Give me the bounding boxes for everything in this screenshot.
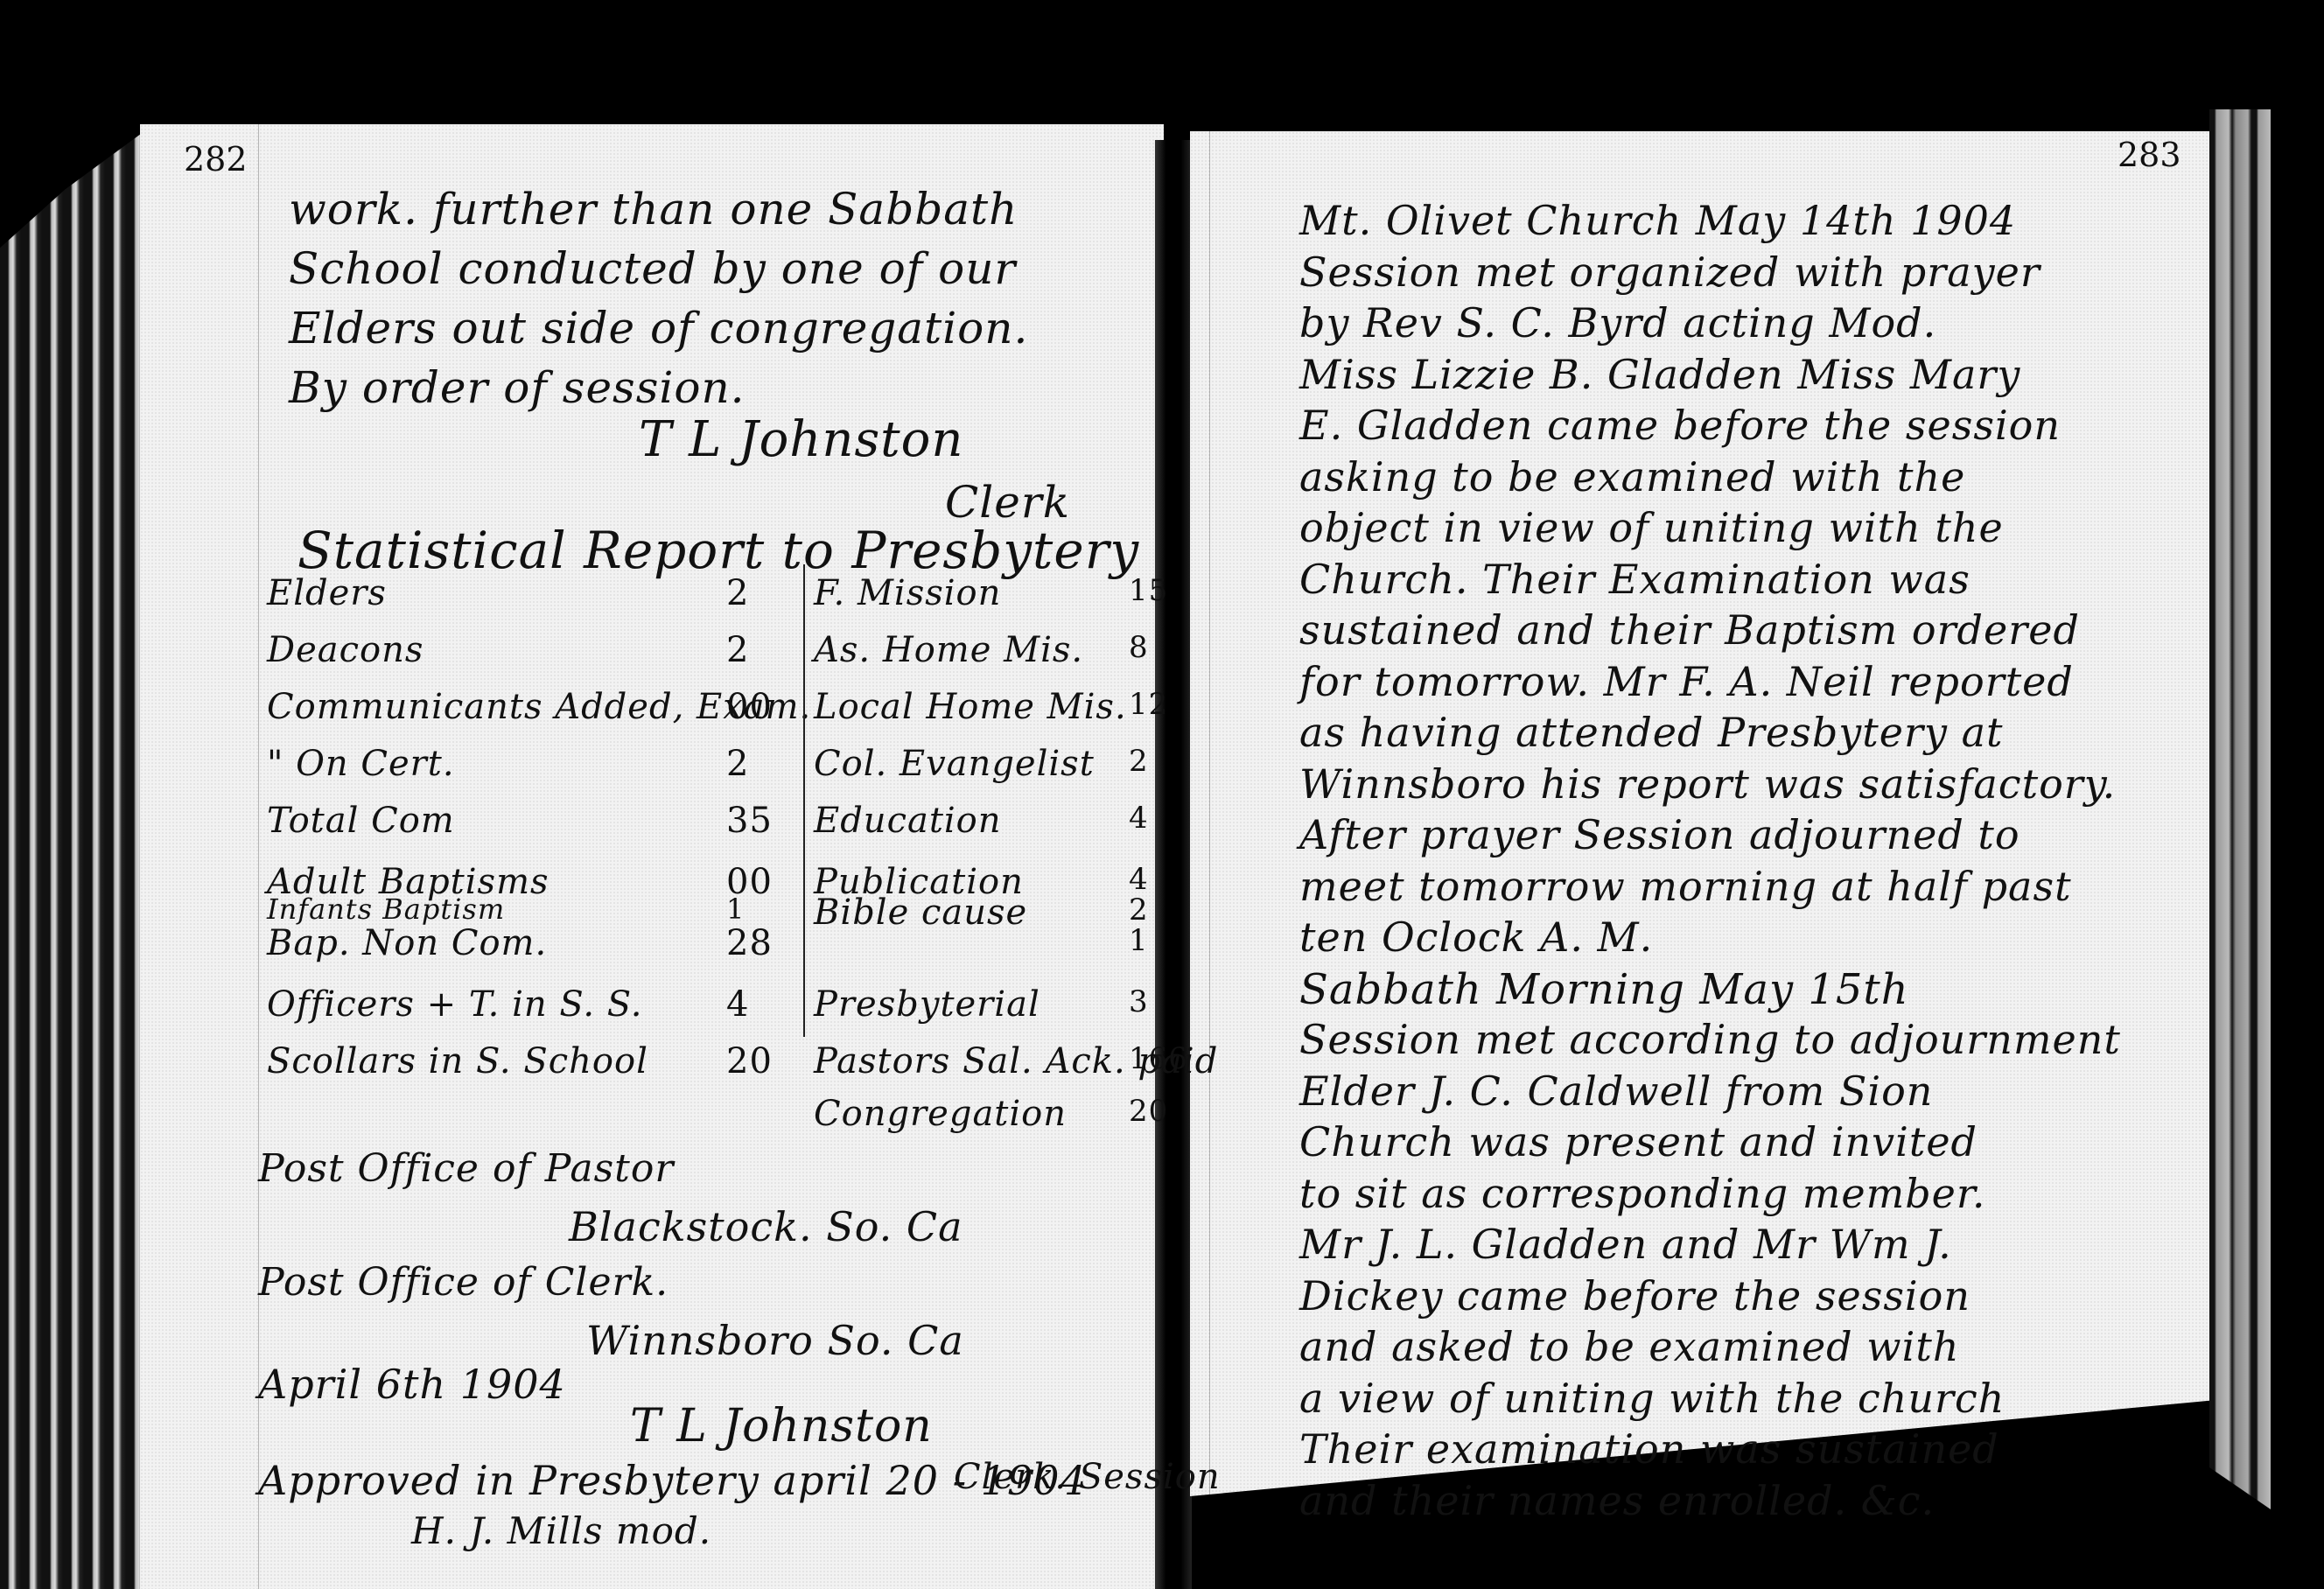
stat-right-value: 12 (1129, 687, 1168, 722)
moderator-signature: H. J. Mills mod. (411, 1509, 711, 1552)
stat-right-label: Congregation (814, 1094, 1067, 1134)
continuation-line: work. further than one Sabbath (289, 184, 1018, 234)
report-date: April 6th 1904 (258, 1361, 566, 1408)
stat-left-value: 28 (726, 923, 773, 963)
stat-left-value: 4 (726, 984, 749, 1025)
statistical-report-heading: Statistical Report to Presbytery (297, 521, 1139, 580)
stat-left-label: Scollars in S. School (267, 1041, 648, 1081)
stat-left-label: Total Com (267, 801, 455, 841)
stat-left-value: 2 (726, 573, 749, 613)
minutes-line: to sit as corresponding member. (1299, 1170, 1985, 1217)
stat-right-value: 1 (1129, 923, 1149, 958)
minutes-line: Winnsboro his report was satisfactory. (1299, 760, 2116, 808)
minutes-line: Mr J. L. Gladden and Mr Wm J. (1299, 1221, 1952, 1268)
minutes-line: by Rev S. C. Byrd acting Mod. (1299, 299, 1936, 346)
page-number-left: 282 (184, 140, 248, 178)
minutes-line: E. Gladden came before the session (1299, 402, 2061, 449)
continuation-line: By order of session. (289, 362, 745, 413)
post-office-clerk-label: Post Office of Clerk. (258, 1260, 668, 1305)
continuation-line: Elders out side of congregation. (289, 303, 1028, 353)
post-office-clerk: Winnsboro So. Ca (586, 1317, 964, 1364)
minutes-line: meet tomorrow morning at half past (1299, 863, 2072, 910)
stat-right-value: 166 (1129, 1041, 1188, 1076)
continuation-line: School conducted by one of our (289, 243, 1016, 294)
stat-left-value: 20 (726, 1041, 773, 1081)
minutes-line: Session met organized with prayer (1299, 248, 2040, 296)
minutes-line: for tomorrow. Mr F. A. Neil reported (1299, 658, 2074, 705)
minutes-line: object in view of uniting with the (1299, 504, 2004, 551)
page-edges-left (0, 131, 144, 1589)
signature-clerk-2: T L Johnston (630, 1400, 933, 1452)
stat-right-label: Education (814, 801, 1002, 841)
stat-right-label: Col. Evangelist (814, 744, 1095, 784)
stat-right-value: 8 (1129, 630, 1149, 665)
minutes-line: Mt. Olivet Church May 14th 1904 (1299, 197, 2016, 244)
page-number-right: 283 (2117, 136, 2181, 174)
minutes-line: sustained and their Baptism ordered (1299, 606, 2080, 654)
stat-left-label: Officers + T. in S. S. (267, 984, 642, 1025)
stat-right-value: 4 (1129, 801, 1149, 836)
minutes-line: Elder J. C. Caldwell from Sion (1299, 1067, 1933, 1115)
stat-right-label: Presbyterial (814, 984, 1040, 1025)
stat-left-value: 00 (726, 687, 773, 727)
stat-left-label: Infants Baptism (267, 892, 505, 926)
stat-right-value: 15 (1129, 573, 1168, 608)
post-office-pastor-label: Post Office of Pastor (258, 1146, 674, 1191)
book-gutter (1155, 140, 1192, 1589)
minutes-line: Session met according to adjournment (1299, 1016, 2121, 1063)
stat-left-label: Bap. Non Com. (267, 923, 547, 963)
minutes-line: Their examination was sustained (1299, 1425, 1999, 1473)
minutes-line: a view of uniting with the church (1299, 1375, 2005, 1422)
minutes-line: as having attended Presbytery at (1299, 709, 2004, 756)
stat-right-label: Local Home Mis. (814, 687, 1127, 727)
stat-left-value: 35 (726, 801, 773, 841)
stat-left-label: Elders (267, 573, 387, 613)
minutes-line: Church was present and invited (1299, 1118, 1977, 1165)
page-edges-right (2209, 109, 2271, 1509)
minutes-line: After prayer Session adjourned to (1299, 811, 2020, 858)
minutes-line: and asked to be examined with (1299, 1323, 1959, 1370)
minutes-line: Dickey came before the session (1299, 1272, 1970, 1319)
stat-left-value: 1 (726, 892, 745, 926)
post-office-pastor: Blackstock. So. Ca (569, 1203, 963, 1250)
signature-clerk-1: T L Johnston (639, 411, 963, 468)
stat-right-value: 20 (1129, 1094, 1168, 1129)
stat-right-value: 4 (1129, 862, 1149, 897)
clerk-session-title: Clerk. Session (954, 1457, 1221, 1497)
stat-right-value: 2 (1129, 744, 1149, 779)
minutes-line: and their names enrolled. &c. (1299, 1477, 1935, 1524)
stat-left-value: 2 (726, 630, 749, 670)
stat-left-label: " On Cert. (267, 744, 455, 784)
minutes-line: Sabbath Morning May 15th (1299, 965, 1909, 1014)
minutes-line: ten Oclock A. M. (1299, 913, 1653, 961)
minutes-line: asking to be examined with the (1299, 453, 1965, 500)
stat-right-label: As. Home Mis. (814, 630, 1083, 670)
stat-left-value: 2 (726, 744, 749, 784)
minutes-line: Miss Lizzie B. Gladden Miss Mary (1299, 351, 2020, 398)
stat-right-value: 3 (1129, 984, 1149, 1019)
stat-right-label: Bible cause (814, 892, 1027, 933)
stat-right-label: F. Mission (814, 573, 1001, 613)
minutes-line: Church. Their Examination was (1299, 556, 1970, 603)
stat-left-label: Deacons (267, 630, 423, 670)
stat-right-value: 2 (1129, 892, 1149, 927)
column-divider (803, 564, 805, 1037)
margin-rule (1209, 131, 1210, 1496)
